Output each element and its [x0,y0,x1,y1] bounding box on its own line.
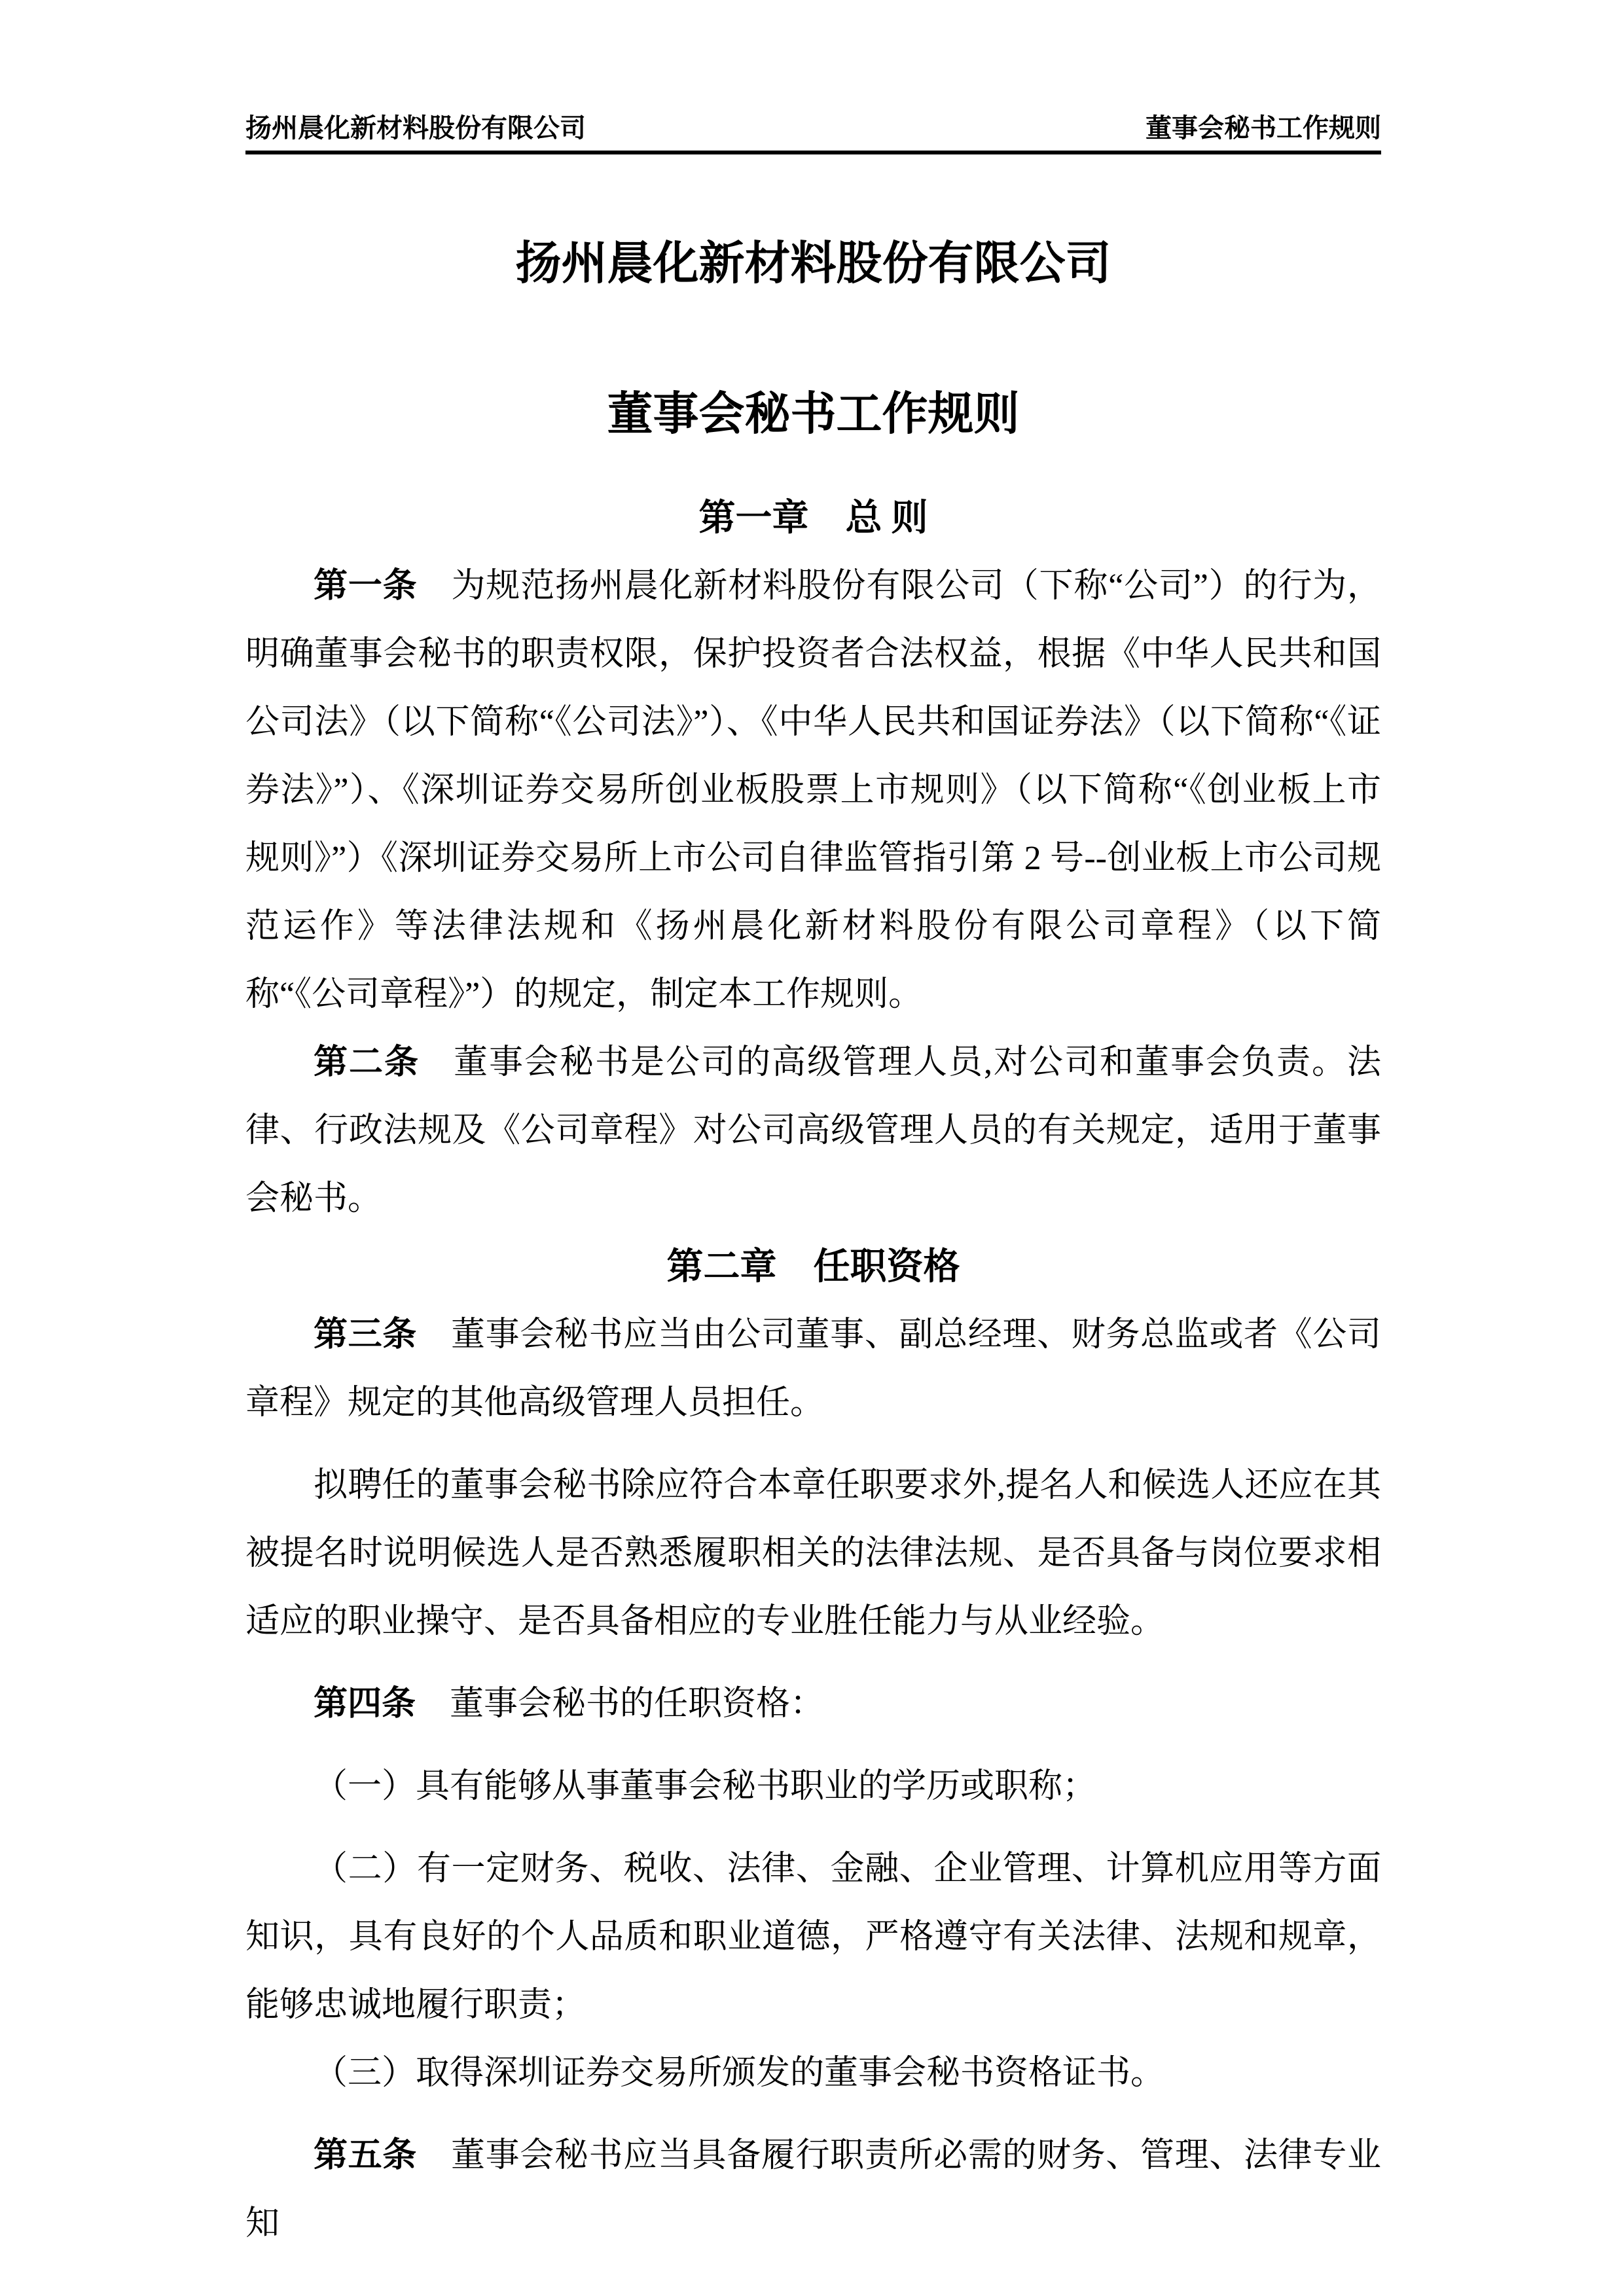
article-4-text: 董事会秘书的任职资格： [450,1685,824,1723]
article-2-number: 第二条 [314,1044,420,1081]
nomination-paragraph: 拟聘任的董事会秘书除应符合本章任职要求外,提名人和候选人还应在其被提名时说明候选… [245,1452,1381,1656]
article-4: 第四条董事会秘书的任职资格： [245,1670,1381,1738]
qualification-item-1: （一）具有能够从事董事会秘书职业的学历或职称； [245,1753,1381,1821]
company-title: 扬州晨化新材料股份有限公司 [245,232,1381,297]
header-company-name: 扬州晨化新材料股份有限公司 [245,113,586,144]
qualification-item-2: （二）有一定财务、税收、法律、金融、企业管理、计算机应用等方面知识，具有良好的个… [245,1835,1381,2039]
document-page: 扬州晨化新材料股份有限公司 董事会秘书工作规则 扬州晨化新材料股份有限公司 董事… [0,0,1624,2296]
article-2: 第二条董事会秘书是公司的高级管理人员,对公司和董事会负责。法律、行政法规及《公司… [245,1029,1381,1233]
page-header: 扬州晨化新材料股份有限公司 董事会秘书工作规则 [245,113,1381,154]
article-4-number: 第四条 [314,1685,416,1723]
article-1: 第一条为规范扬州晨化新材料股份有限公司（下称“公司”）的行为，明确董事会秘书的职… [245,552,1381,1029]
article-5-number: 第五条 [314,2137,417,2174]
article-1-text: 为规范扬州晨化新材料股份有限公司（下称“公司”）的行为，明确董事会秘书的职责权限… [245,567,1381,1013]
article-3-number: 第三条 [314,1316,417,1354]
qualification-item-3: （三）取得深圳证券交易所颁发的董事会秘书资格证书。 [245,2039,1381,2108]
article-3: 第三条董事会秘书应当由公司董事、副总经理、财务总监或者《公司章程》规定的其他高级… [245,1301,1381,1437]
document-title: 董事会秘书工作规则 [245,382,1381,448]
chapter-1-heading: 第一章 总 则 [245,484,1381,552]
article-1-number: 第一条 [314,567,417,605]
chapter-2-heading: 第二章 任职资格 [245,1233,1381,1301]
header-doc-title: 董事会秘书工作规则 [1146,113,1381,144]
article-5: 第五条董事会秘书应当具备履行职责所必需的财务、管理、法律专业知 [245,2122,1381,2258]
